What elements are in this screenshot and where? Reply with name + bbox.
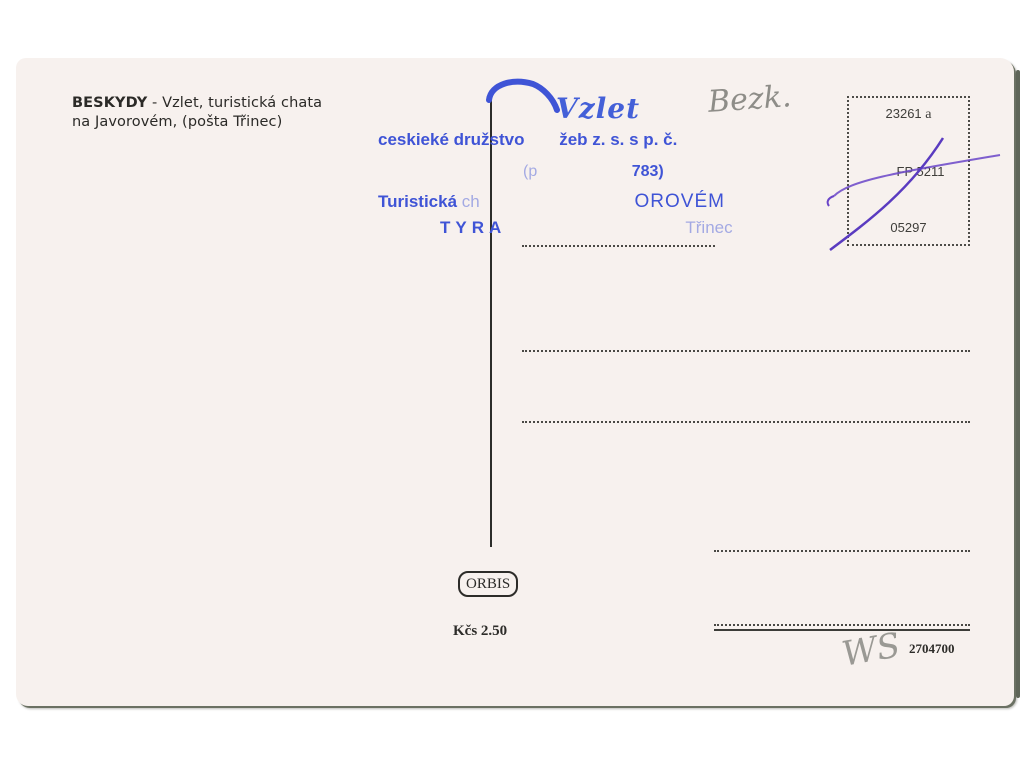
stamp-line-1: ceskieké družstvo žeb z. s. s p. č. — [378, 130, 677, 150]
address-line-1 — [522, 245, 715, 247]
price-label: Kčs 2.50 — [453, 623, 507, 640]
stamp-line-4: TYRA Třinec — [440, 218, 733, 238]
caption-line1-rest: - Vzlet, turistická chata — [147, 95, 322, 111]
stamp-code-mid: FP 5211 — [861, 164, 980, 179]
stamp-script-vzlet: Vzlet — [556, 92, 640, 125]
caption-region: BESKYDY — [72, 95, 147, 111]
stamp-line-3: Turistická ch OROVÉM — [378, 191, 725, 213]
address-line-5 — [714, 624, 970, 626]
publisher-logo-orbis: ORBIS — [458, 571, 518, 597]
serial-number: 2704700 — [909, 641, 955, 657]
address-line-3 — [522, 421, 970, 423]
stamp-arc-decoration — [483, 76, 563, 116]
stamp-code-top-suffix: a — [925, 107, 931, 122]
stamp-line-3-right: OROVÉM — [635, 191, 725, 212]
stamp-line-2-right: 783) — [632, 163, 664, 180]
stamp-line-4-left: TYRA — [440, 218, 506, 237]
stamp-line-3-mid: ch — [462, 192, 480, 211]
address-line-2 — [522, 350, 970, 352]
stamp-code-bottom: 05297 — [849, 220, 968, 235]
caption-line2: na Javorovém, (pošta Třinec) — [72, 113, 322, 132]
stamp-line-4-right: Třinec — [685, 218, 732, 237]
stamp-line-3-left: Turistická — [378, 192, 457, 211]
postcard-caption: BESKYDY - Vzlet, turistická chata na Jav… — [72, 94, 322, 132]
stamp-line-1-mid: družstvo — [454, 130, 525, 149]
stamp-code-top: 23261 a — [849, 106, 968, 123]
stamp-box: 23261 a FP 5211 05297 — [847, 96, 970, 246]
stamp-code-top-number: 23261 — [886, 106, 922, 121]
stamp-line-2-left: (p — [523, 163, 537, 180]
stamp-line-1-right: žeb z. s. s p. č. — [559, 130, 677, 149]
stamp-line-2: (p 783) — [523, 163, 664, 181]
address-line-4 — [714, 550, 970, 552]
message-address-divider — [490, 92, 492, 547]
pencil-note-top: Bezk. — [707, 79, 793, 120]
stamp-line-1-left: ceskieké — [378, 130, 449, 149]
